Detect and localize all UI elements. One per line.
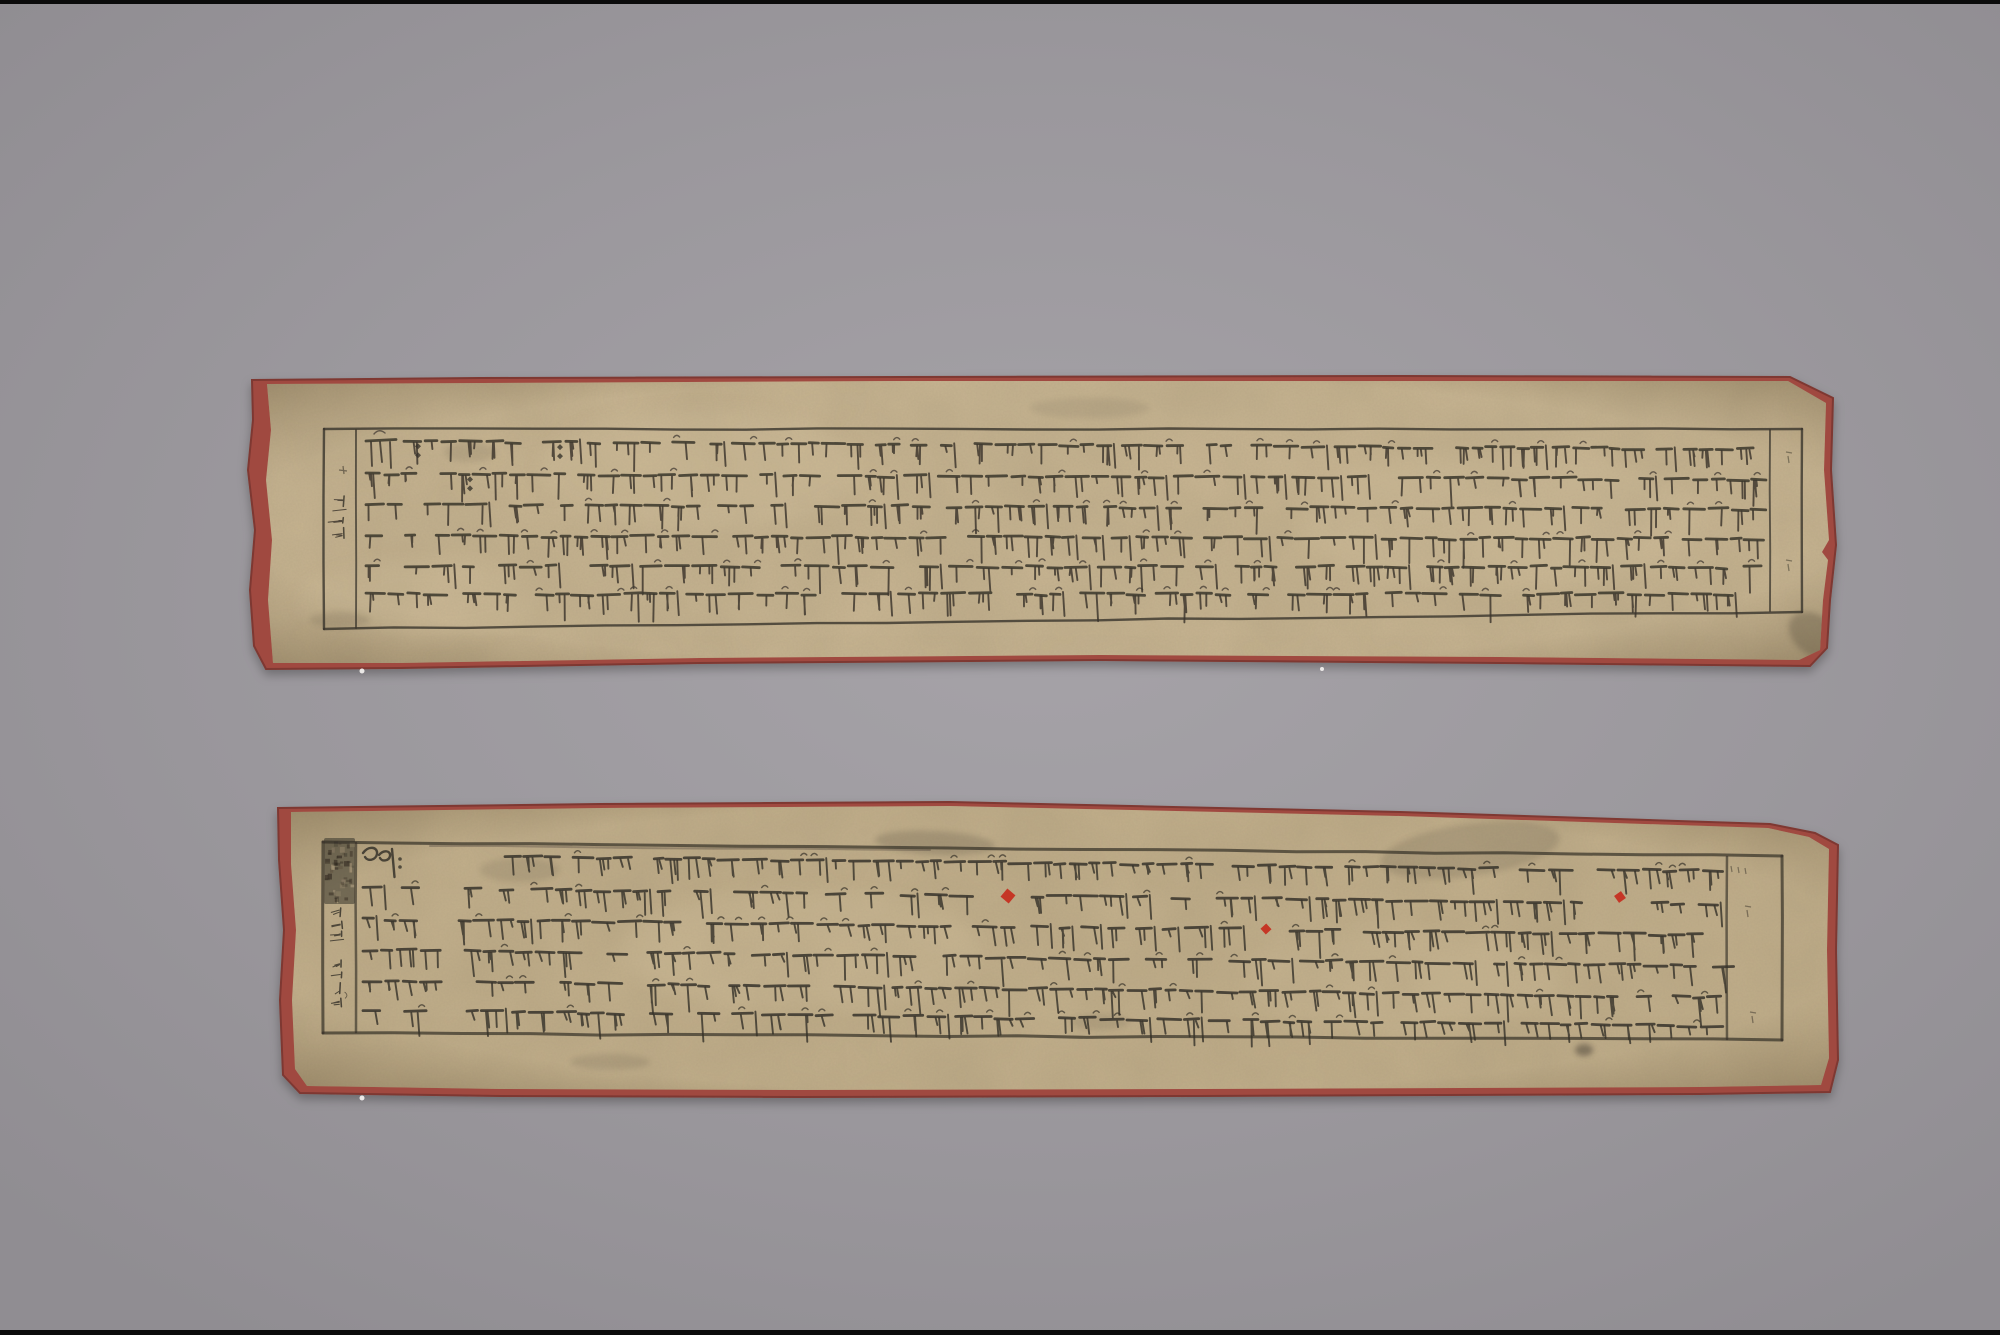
upper-leaf (248, 315, 1852, 669)
white-speck-1 (360, 669, 365, 674)
letterbox-bottom (0, 1330, 2000, 1335)
leaf-lower-margin-block (324, 838, 355, 904)
white-speck-3 (360, 1096, 365, 1101)
photograph-background (0, 0, 2000, 1335)
letterbox-top (0, 0, 2000, 4)
manuscript-photo (0, 0, 2000, 1335)
white-speck-2 (1320, 667, 1324, 671)
lower-leaf (278, 802, 1838, 1097)
